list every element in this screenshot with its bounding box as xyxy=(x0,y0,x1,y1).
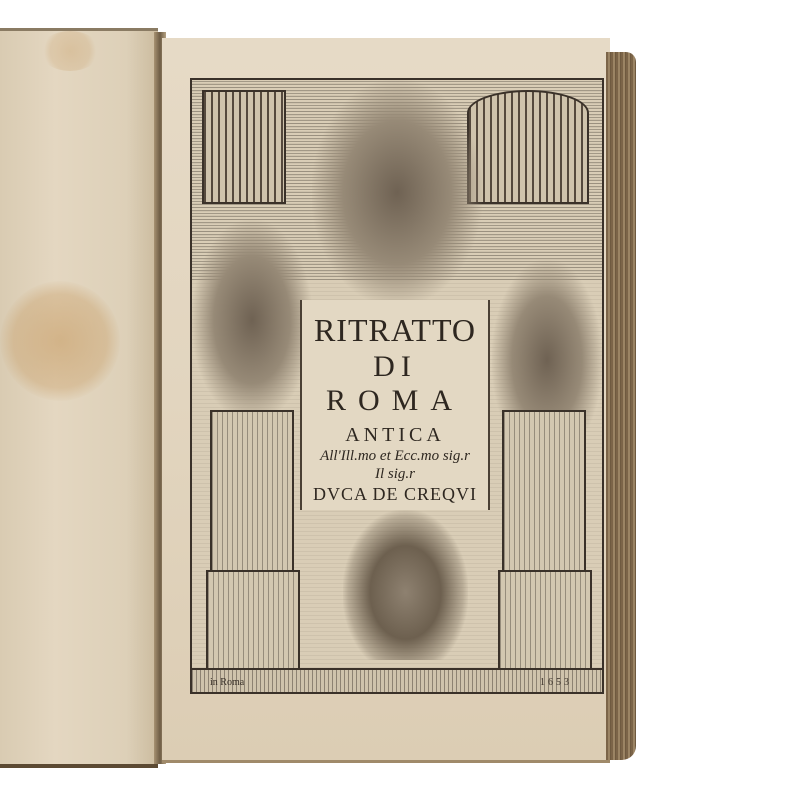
water-stain xyxy=(0,281,120,401)
left-pedestal xyxy=(206,570,300,672)
left-obelisk xyxy=(210,410,294,574)
imprint-place: in Roma xyxy=(210,677,244,688)
pantheon-engraving xyxy=(202,90,286,204)
left-trophy-engraving xyxy=(192,220,312,420)
foxing-spot xyxy=(40,31,100,71)
imprint-year: 1653 xyxy=(540,677,572,688)
title-cartouche: RITRATTO DI ROMA ANTICA All'Ill.mo et Ec… xyxy=(300,300,490,510)
title-line-3: ROMA xyxy=(302,384,488,418)
title-line-2: DI xyxy=(302,350,488,384)
coat-of-arms-engraving xyxy=(343,510,468,660)
dedication-line-2: Il sig.r xyxy=(302,466,488,483)
book-photo: in Roma 1653 RITRATTO DI ROMA ANTICA All… xyxy=(0,0,800,800)
title-line-4: ANTICA xyxy=(302,424,488,447)
right-pedestal xyxy=(498,570,592,672)
dedicatee-name: DVCA DE CREQVI xyxy=(302,484,488,505)
left-page xyxy=(0,28,158,768)
right-obelisk xyxy=(502,410,586,574)
page-edges xyxy=(606,52,636,760)
dedication-line-1: All'Ill.mo et Ecc.mo sig.r xyxy=(302,448,488,465)
imprint-band: in Roma 1653 xyxy=(192,668,602,692)
colosseum-engraving xyxy=(467,90,589,204)
roma-figure-engraving xyxy=(312,80,482,305)
title-line-1: RITRATTO xyxy=(302,312,488,349)
